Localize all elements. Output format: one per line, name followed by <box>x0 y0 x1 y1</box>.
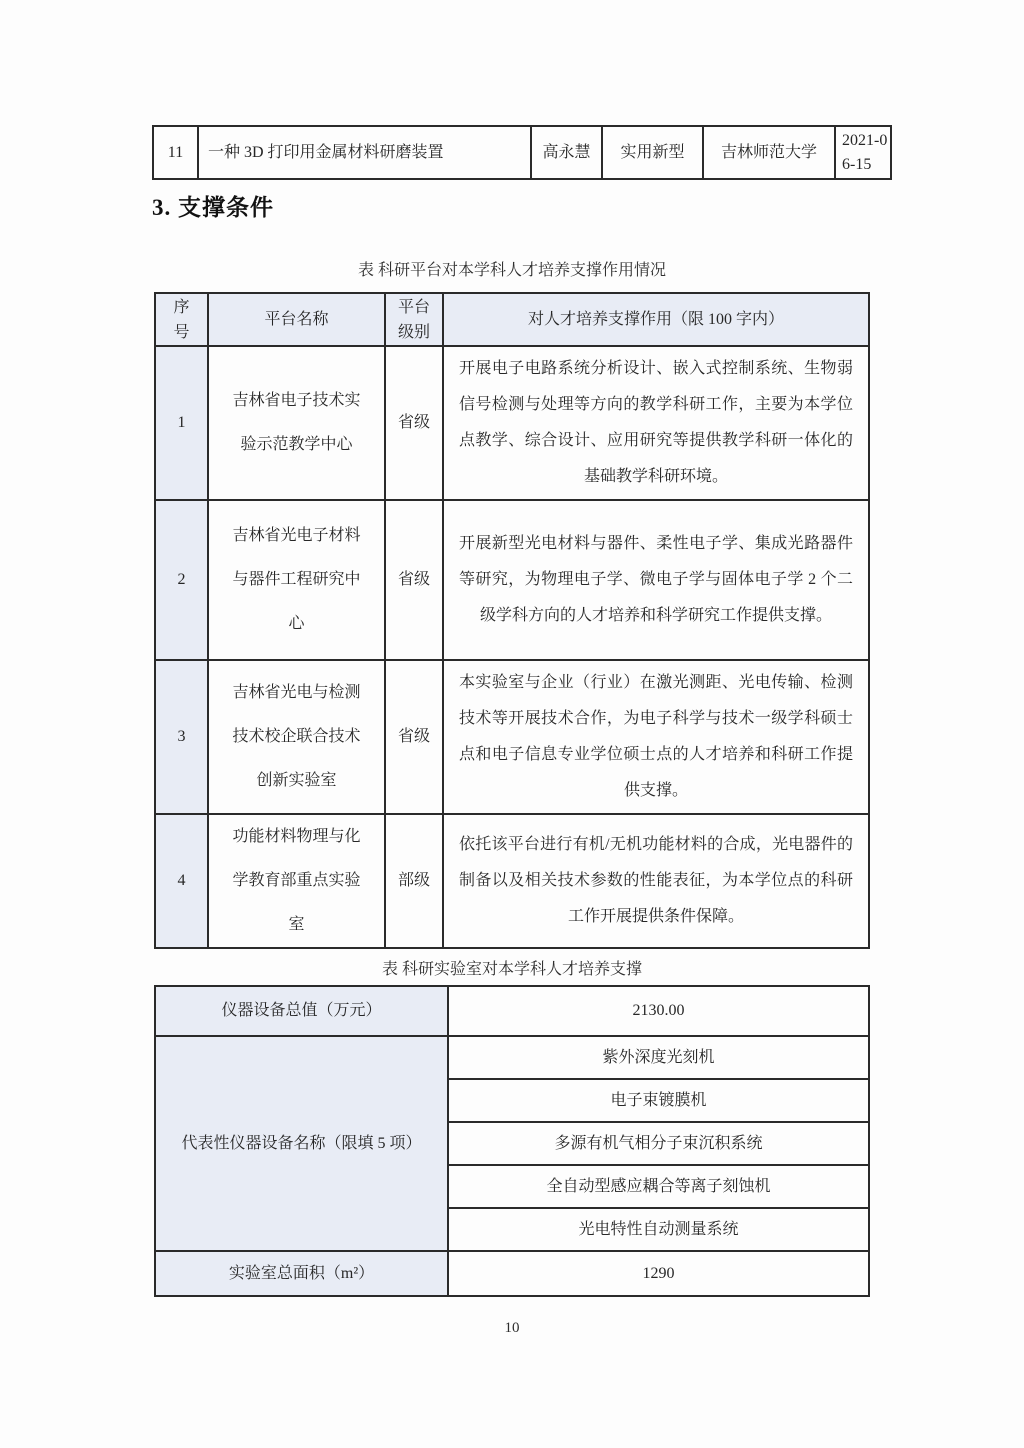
platform-seq-cell: 1 <box>155 346 208 500</box>
platform-row: 1 吉林省电子技术实验示范教学中心 省级 开展电子电路系统分析设计、嵌入式控制系… <box>155 346 869 500</box>
platform-table-caption: 表 科研平台对本学科人才培养支撑作用情况 <box>0 257 1024 280</box>
header-platform-level: 平台级别 <box>385 293 443 346</box>
equipment-name-cell: 紫外深度光刻机 <box>448 1036 869 1079</box>
facility-table: 仪器设备总值（万元） 2130.00 代表性仪器设备名称（限填 5 项） 紫外深… <box>154 985 870 1297</box>
header-seq-label: 序号 <box>172 295 190 345</box>
platform-row: 3 吉林省光电与检测技术校企联合技术创新实验室 省级 本实验室与企业（行业）在激… <box>155 660 869 814</box>
support-desc-cell: 本实验室与企业（行业）在激光测距、光电传输、检测技术等开展技术合作，为电子科学与… <box>443 660 869 814</box>
support-desc-cell: 依托该平台进行有机/无机功能材料的合成，光电器件的制备以及相关技术参数的性能表征… <box>443 814 869 948</box>
header-platform-name: 平台名称 <box>208 293 385 346</box>
platform-header-row: 序号 平台名称 平台级别 对人才培养支撑作用（限 100 字内） <box>155 293 869 346</box>
facility-row: 仪器设备总值（万元） 2130.00 <box>155 986 869 1036</box>
lab-area-label-cell: 实验室总面积（m²） <box>155 1251 448 1296</box>
platform-name-cell: 功能材料物理与化学教育部重点实验室 <box>208 814 385 948</box>
patent-inventor-cell: 高永慧 <box>531 126 602 179</box>
platform-table: 序号 平台名称 平台级别 对人才培养支撑作用（限 100 字内） 1 吉林省电子… <box>154 292 870 949</box>
platform-level-cell: 部级 <box>385 814 443 948</box>
patent-title-cell: 一种 3D 打印用金属材料研磨装置 <box>198 126 531 179</box>
equipment-value-label-cell: 仪器设备总值（万元） <box>155 986 448 1036</box>
lab-area-cell: 1290 <box>448 1251 869 1296</box>
platform-name-cell: 吉林省电子技术实验示范教学中心 <box>208 346 385 500</box>
platform-name-cell: 吉林省光电子材料与器件工程研究中心 <box>208 500 385 660</box>
platform-name-cell: 吉林省光电与检测技术校企联合技术创新实验室 <box>208 660 385 814</box>
support-desc-cell: 开展电子电路系统分析设计、嵌入式控制系统、生物弱信号检测与处理等方向的教学科研工… <box>443 346 869 500</box>
patent-date-cell: 2021-06-15 <box>835 126 891 179</box>
header-seq: 序号 <box>155 293 208 346</box>
support-desc-cell: 开展新型光电材料与器件、柔性电子学、集成光路器件等研究，为物理电子学、微电子学与… <box>443 500 869 660</box>
platform-row: 2 吉林省光电子材料与器件工程研究中心 省级 开展新型光电材料与器件、柔性电子学… <box>155 500 869 660</box>
equipment-value-cell: 2130.00 <box>448 986 869 1036</box>
equipment-names-label-cell: 代表性仪器设备名称（限填 5 项） <box>155 1036 448 1251</box>
facility-row: 代表性仪器设备名称（限填 5 项） 紫外深度光刻机 <box>155 1036 869 1079</box>
facility-row: 实验室总面积（m²） 1290 <box>155 1251 869 1296</box>
patent-table: 11 一种 3D 打印用金属材料研磨装置 高永慧 实用新型 吉林师范大学 202… <box>152 125 892 180</box>
equipment-name-cell: 电子束镀膜机 <box>448 1079 869 1122</box>
patent-seq-cell: 11 <box>153 126 198 179</box>
platform-level-cell: 省级 <box>385 500 443 660</box>
platform-level-cell: 省级 <box>385 346 443 500</box>
patent-row: 11 一种 3D 打印用金属材料研磨装置 高永慧 实用新型 吉林师范大学 202… <box>153 126 891 179</box>
equipment-name-cell: 多源有机气相分子束沉积系统 <box>448 1122 869 1165</box>
header-platform-level-label: 平台级别 <box>396 295 432 345</box>
section-heading: 3. 支撑条件 <box>152 189 274 222</box>
patent-affiliation-cell: 吉林师范大学 <box>703 126 835 179</box>
platform-seq-cell: 3 <box>155 660 208 814</box>
page-number: 10 <box>0 1320 1024 1337</box>
platform-seq-cell: 2 <box>155 500 208 660</box>
header-support: 对人才培养支撑作用（限 100 字内） <box>443 293 869 346</box>
facility-table-caption: 表 科研实验室对本学科人才培养支撑 <box>0 956 1024 979</box>
equipment-name-cell: 光电特性自动测量系统 <box>448 1208 869 1251</box>
platform-row: 4 功能材料物理与化学教育部重点实验室 部级 依托该平台进行有机/无机功能材料的… <box>155 814 869 948</box>
equipment-name-cell: 全自动型感应耦合等离子刻蚀机 <box>448 1165 869 1208</box>
document-page: 11 一种 3D 打印用金属材料研磨装置 高永慧 实用新型 吉林师范大学 202… <box>0 0 1024 1448</box>
patent-type-cell: 实用新型 <box>602 126 703 179</box>
platform-level-cell: 省级 <box>385 660 443 814</box>
platform-seq-cell: 4 <box>155 814 208 948</box>
